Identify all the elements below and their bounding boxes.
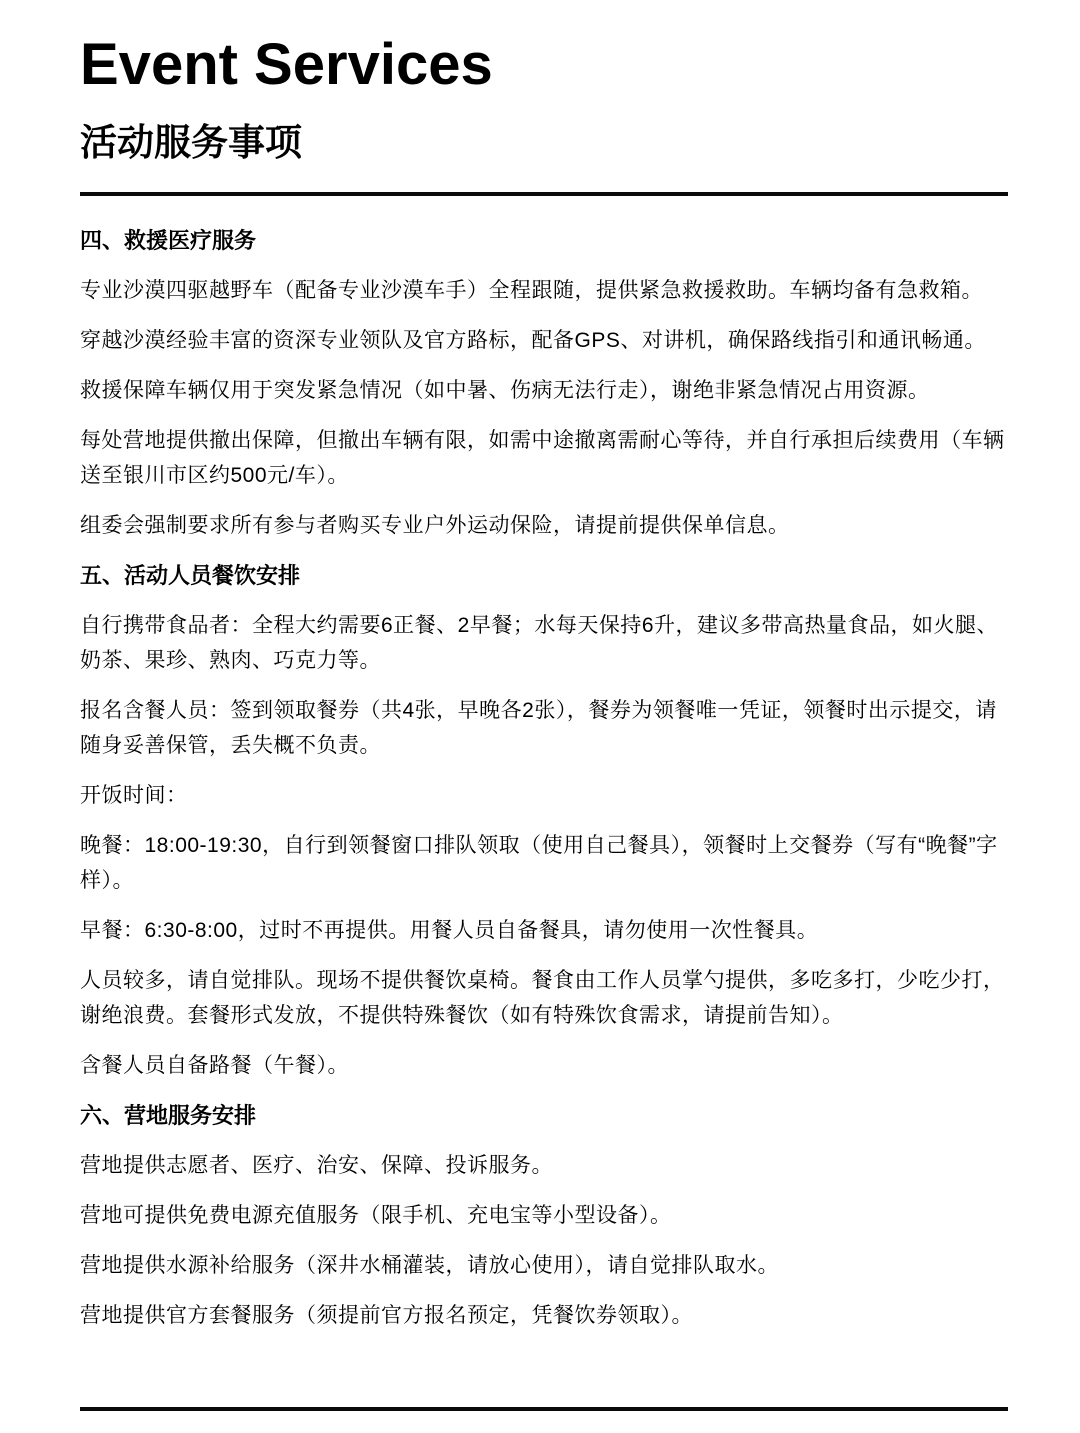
paragraph: 穿越沙漠经验丰富的资深专业领队及官方路标，配备GPS、对讲机，确保路线指引和通讯… bbox=[80, 323, 1008, 358]
paragraph: 每处营地提供撤出保障，但撤出车辆有限，如需中途撤离需耐心等待，并自行承担后续费用… bbox=[80, 423, 1008, 493]
paragraph: 救援保障车辆仅用于突发紧急情况（如中暑、伤病无法行走），谢绝非紧急情况占用资源。 bbox=[80, 373, 1008, 408]
paragraph: 开饭时间： bbox=[80, 778, 1008, 813]
paragraph: 人员较多，请自觉排队。现场不提供餐饮桌椅。餐食由工作人员掌勺提供，多吃多打，少吃… bbox=[80, 963, 1008, 1033]
paragraph: 含餐人员自备路餐（午餐）。 bbox=[80, 1048, 1008, 1083]
section-heading: 六、营地服务安排 bbox=[80, 1098, 1008, 1133]
paragraph: 营地可提供免费电源充值服务（限手机、充电宝等小型设备）。 bbox=[80, 1198, 1008, 1233]
title-english: Event Services bbox=[80, 34, 1008, 96]
title-chinese: 活动服务事项 bbox=[80, 122, 1008, 164]
paragraph: 自行携带食品者：全程大约需要6正餐、2早餐；水每天保持6升，建议多带高热量食品，… bbox=[80, 608, 1008, 678]
document-page: Event Services 活动服务事项 四、救援医疗服务专业沙漠四驱越野车（… bbox=[0, 0, 1080, 1433]
paragraph: 营地提供水源补给服务（深井水桶灌装，请放心使用），请自觉排队取水。 bbox=[80, 1248, 1008, 1283]
paragraph: 营地提供官方套餐服务（须提前官方报名预定，凭餐饮券领取）。 bbox=[80, 1298, 1008, 1333]
section-heading: 五、活动人员餐饮安排 bbox=[80, 558, 1008, 593]
footer-divider bbox=[80, 1407, 1008, 1411]
paragraph: 报名含餐人员：签到领取餐券（共4张，早晚各2张），餐券为领餐唯一凭证，领餐时出示… bbox=[80, 693, 1008, 763]
document-section: 五、活动人员餐饮安排自行携带食品者：全程大约需要6正餐、2早餐；水每天保持6升，… bbox=[80, 558, 1008, 1083]
document-body: 四、救援医疗服务专业沙漠四驱越野车（配备专业沙漠车手）全程跟随，提供紧急救援救助… bbox=[80, 196, 1008, 1333]
paragraph: 早餐：6:30-8:00，过时不再提供。用餐人员自备餐具，请勿使用一次性餐具。 bbox=[80, 913, 1008, 948]
document-header: Event Services 活动服务事项 bbox=[80, 34, 1008, 164]
document-section: 六、营地服务安排营地提供志愿者、医疗、治安、保障、投诉服务。营地可提供免费电源充… bbox=[80, 1098, 1008, 1333]
paragraph: 营地提供志愿者、医疗、治安、保障、投诉服务。 bbox=[80, 1148, 1008, 1183]
paragraph: 组委会强制要求所有参与者购买专业户外运动保险，请提前提供保单信息。 bbox=[80, 508, 1008, 543]
document-section: 四、救援医疗服务专业沙漠四驱越野车（配备专业沙漠车手）全程跟随，提供紧急救援救助… bbox=[80, 223, 1008, 543]
section-heading: 四、救援医疗服务 bbox=[80, 223, 1008, 258]
paragraph: 专业沙漠四驱越野车（配备专业沙漠车手）全程跟随，提供紧急救援救助。车辆均备有急救… bbox=[80, 273, 1008, 308]
paragraph: 晚餐：18:00-19:30，自行到领餐窗口排队领取（使用自己餐具），领餐时上交… bbox=[80, 828, 1008, 898]
